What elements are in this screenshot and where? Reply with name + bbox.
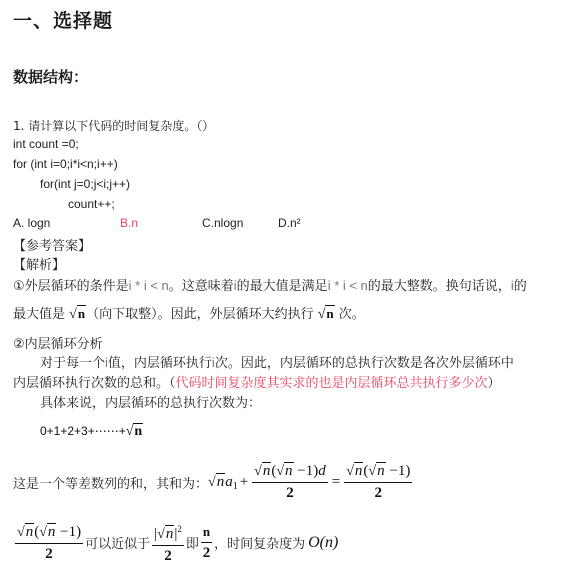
- answer-heading: 【参考答案】: [13, 235, 91, 254]
- sum-formula-line: 这是一个等差数列的和，其和为： √na1 + √n(√n −1)d2 = √n(…: [13, 462, 414, 502]
- code-line-1: int count =0;: [13, 137, 79, 151]
- option-d: D.n²: [278, 216, 301, 230]
- option-b-answer: B.n: [120, 216, 138, 230]
- analysis-paragraph-1: ①外层循环的条件是i * i < n。这意味着i的最大值是满足i * i < n…: [13, 275, 527, 294]
- red-note: 代码时间复杂度其实求的也是内层循环总共执行多少次: [176, 376, 488, 391]
- option-c: C.nlogn: [202, 216, 243, 230]
- subsection-title: 数据结构：: [13, 66, 88, 87]
- option-a: A. logn: [13, 216, 50, 230]
- analysis-paragraph-2: 最大值是 √n（向下取整）。因此，外层循环大约执行 √n 次。: [13, 303, 365, 323]
- section-title: 一、选择题: [13, 6, 113, 33]
- code-line-3: for(int j=0;j<i;j++): [40, 177, 130, 191]
- approximation-line: √n(√n −1)2 可以近似于 |√n|22 即 n2 ，时间复杂度为 O(n…: [13, 520, 338, 565]
- question-text: 1. 请计算以下代码的时间复杂度。（）: [13, 117, 214, 134]
- analysis-paragraph-4: 对于每一个i值，内层循环执行i次。因此，内层循环的总执行次数是各次外层循环中: [40, 352, 514, 371]
- approx-fraction: |√n|22: [152, 520, 184, 565]
- analysis-paragraph-6: 具体来说，内层循环的总执行次数为：: [40, 392, 261, 411]
- condition-expr: i * i < n: [129, 278, 169, 293]
- code-line-4: count++;: [68, 197, 115, 211]
- fraction-expr: √n(√n −1)2: [15, 523, 83, 563]
- series-formula: 0+1+2+3+⋯⋯+√n: [40, 424, 143, 440]
- sum-formula: √na1 + √n(√n −1)d2 = √n(√n −1)2: [208, 462, 414, 502]
- code-line-2: for (int i=0;i*i<n;i++): [13, 157, 118, 171]
- sqrt-n: √n: [69, 306, 86, 323]
- n-over-2: n2: [201, 523, 212, 562]
- analysis-heading: 【解析】: [13, 254, 65, 273]
- complexity-result: O(n): [308, 534, 338, 552]
- inner-loop-heading: ②内层循环分析: [13, 333, 103, 352]
- analysis-paragraph-5: 内层循环执行次数的总和。（代码时间复杂度其实求的也是内层循环总共执行多少次）: [13, 372, 501, 391]
- sqrt-n: √n: [318, 306, 335, 323]
